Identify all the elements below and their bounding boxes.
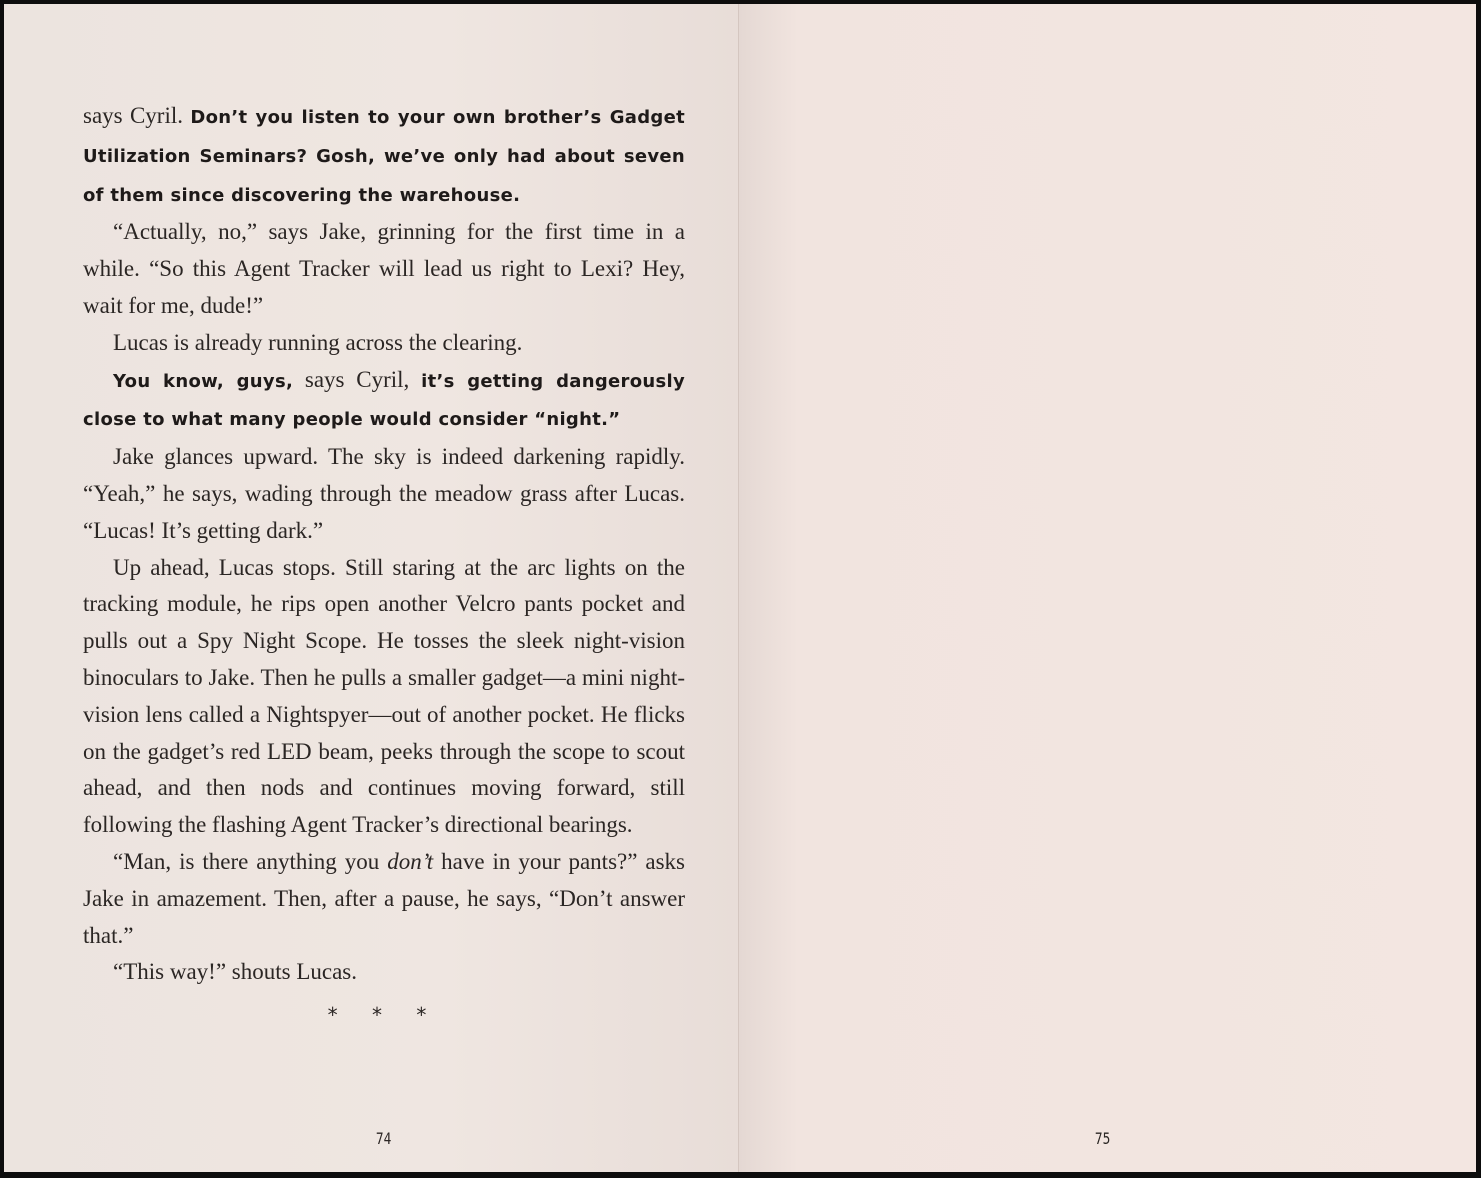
section-break: * * * — [83, 997, 685, 1034]
paragraph: “Actually, no,” says Jake, grinning for … — [83, 214, 685, 324]
narrative-text: Lucas is already running across the clea… — [113, 330, 522, 355]
narrative-text: says Cyril, — [293, 367, 421, 392]
paragraph: Jake glances upward. The sky is indeed d… — [83, 439, 685, 549]
narrative-text: Up ahead, Lucas stops. Still staring at … — [83, 555, 685, 838]
narrative-text: “Actually, no,” says Jake, grinning for … — [83, 219, 685, 318]
paragraph: Lucas is already running across the clea… — [83, 325, 685, 362]
cyril-voice-text: You know, guys, — [113, 371, 293, 392]
paragraph: says Cyril. Don’t you listen to your own… — [83, 98, 685, 214]
paragraph: You know, guys, says Cyril, it’s getting… — [83, 362, 685, 440]
paragraph: “Man, is there anything you don’t have i… — [83, 844, 685, 954]
page-number: 75 — [1095, 1129, 1110, 1148]
left-page-text: says Cyril. Don’t you listen to your own… — [83, 98, 685, 1034]
narrative-text: says Cyril. — [83, 103, 190, 128]
narrative-text: Jake glances upward. The sky is indeed d… — [83, 444, 685, 543]
narrative-text: don’t — [387, 849, 433, 874]
left-page: says Cyril. Don’t you listen to your own… — [4, 4, 738, 1172]
paragraph: “This way!” shouts Lucas. — [83, 954, 685, 991]
page-number: 74 — [376, 1129, 391, 1148]
narrative-text: “Man, is there anything you — [113, 849, 387, 874]
right-page: The Bixby boys stumble through a patch o… — [738, 4, 1476, 1172]
paragraph: Up ahead, Lucas stops. Still staring at … — [83, 550, 685, 844]
book-spread: says Cyril. Don’t you listen to your own… — [4, 4, 1476, 1172]
narrative-text: “This way!” shouts Lucas. — [113, 959, 357, 984]
